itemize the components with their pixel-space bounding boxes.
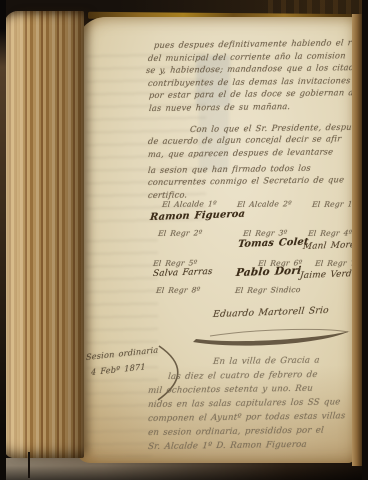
handwritten-line: componen el Ayuntº por todas estas villa… <box>148 411 346 424</box>
office-label-regidor-2: El Regr 2º <box>158 228 203 239</box>
handwritten-line: las nueve horas de su mañana. <box>149 101 291 113</box>
signature-ramon-figueroa: Ramon Figueroa <box>149 210 245 223</box>
background-left-edge <box>0 0 6 480</box>
handwritten-line: pues despues definitivamente habiendo el… <box>154 37 364 50</box>
signature-tomas-colet: Tomas Colet <box>237 238 309 251</box>
office-label-regidor-sindico: El Regr Sindico <box>235 285 301 296</box>
book-photo: pues despues definitivamente habiendo el… <box>0 0 368 480</box>
office-label-regidor-1: El Regr 1º <box>312 199 357 210</box>
handwritten-line: por estar para el de las doce se gobiern… <box>149 87 355 100</box>
handwritten-line: En la villa de Gracia a <box>213 356 321 368</box>
handwritten-line: en sesion ordinaria, presididos por el <box>148 426 325 438</box>
handwritten-line: concurrentes conmigo el Secretario de qu… <box>148 174 345 187</box>
handwritten-line: certifico. <box>148 189 188 200</box>
handwritten-line: la sesion que han firmado todos los <box>148 163 312 175</box>
handwritten-line: mil ochocientos setenta y uno. Reu <box>148 384 314 396</box>
handwritten-line: de acuerdo de algun concejal decir se af… <box>148 133 342 146</box>
handwritten-line: Sr. Alcalde 1º D. Ramon Figueroa <box>148 440 308 452</box>
office-label-regidor-8: El Regr 8º <box>156 285 201 296</box>
signature-jaime-verd: Jaime Verd <box>299 269 352 281</box>
signature-pablo-dori: Pablo Dori <box>235 266 301 278</box>
office-label-alcalde-1: El Alcalde 1º <box>162 199 218 210</box>
office-label-regidor-4: El Regr 4º <box>308 228 353 239</box>
handwritten-line: del municipal del corriente año la comis… <box>148 50 347 63</box>
background-right-edge <box>362 0 368 480</box>
book-fore-edge-pages <box>4 11 84 458</box>
handwritten-line: ma, que aparecen despues de levantarse <box>148 146 334 159</box>
manuscript-page: pues despues definitivamente habiendo el… <box>76 17 356 463</box>
handwritten-line: contribuyentes de las demas las invitaci… <box>148 75 352 88</box>
handwritten-line: nidos en las salas capitulares los SS qu… <box>148 397 341 410</box>
handwritten-line: se y, habiendose; mandandose que a los c… <box>146 62 365 75</box>
signature-rubric <box>188 326 358 350</box>
signature-salva-farras: Salva Farras <box>152 267 213 279</box>
signature-secretary: Eduardo Martorell Srio <box>212 306 329 320</box>
page-edge-crack <box>28 452 30 478</box>
handwritten-line: Con lo que el Sr. Presidente, despues <box>190 122 362 134</box>
handwritten-line: las diez el cuatro de febrero de <box>168 370 318 382</box>
